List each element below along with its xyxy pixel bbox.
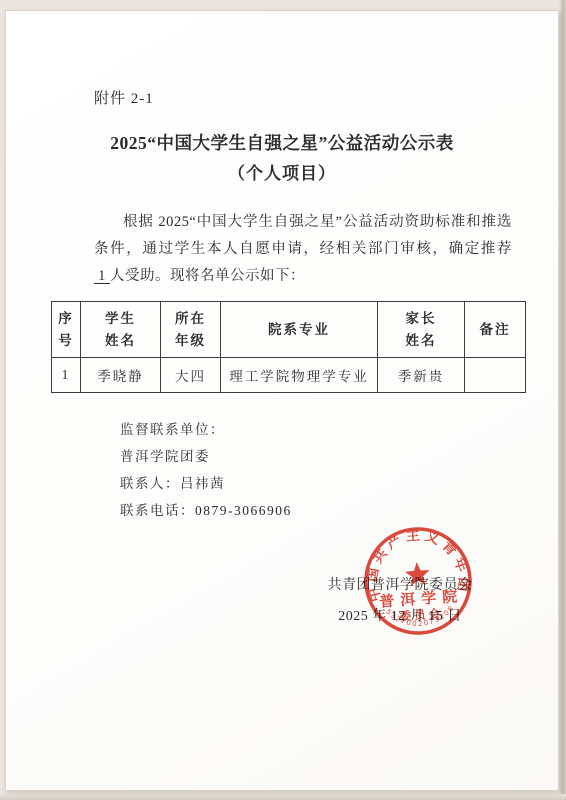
cell-grade: 大四 bbox=[161, 358, 221, 393]
table-header-row: 序 号 学生 姓名 所在 年级 院系专业 家长 姓名 备注 bbox=[52, 302, 526, 358]
scan-edge-right bbox=[559, 0, 566, 800]
supervision-unit-name: 普洱学院团委 bbox=[120, 443, 292, 470]
document-subtitle: （个人项目） bbox=[6, 159, 558, 184]
document-page: 附件 2-1 2025“中国大学生自强之星”公益活动公示表 （个人项目） 根据 … bbox=[5, 10, 559, 791]
signature-block: 共青团普洱学院委员会 2025 年 12 月 15 日 bbox=[326, 570, 474, 632]
paragraph-text-end: 人受助。现将名单公示如下： bbox=[110, 268, 305, 284]
cell-remarks bbox=[465, 358, 526, 393]
scan-edge-bottom bbox=[0, 794, 566, 800]
paragraph-text-start: 根据 2025“中国大学生自强之星”公益活动资助标准和推选条件，通过学生本人自愿… bbox=[94, 214, 512, 257]
supervision-unit-label: 监督联系单位： bbox=[120, 416, 292, 443]
issue-date: 2025 年 12 月 15 日 bbox=[326, 601, 474, 632]
cell-major: 理工学院物理学专业 bbox=[221, 358, 378, 393]
cell-index: 1 bbox=[52, 358, 81, 393]
recipients-table: 序 号 学生 姓名 所在 年级 院系专业 家长 姓名 备注 1 季晓静 大四 理… bbox=[51, 301, 526, 393]
table-row: 1 季晓静 大四 理工学院物理学专业 季新贵 bbox=[52, 358, 526, 393]
col-header-index: 序 号 bbox=[52, 302, 81, 358]
contact-phone: 联系电话：0879-3066906 bbox=[120, 497, 292, 524]
contact-block: 监督联系单位： 普洱学院团委 联系人：吕祎茜 联系电话：0879-3066906 bbox=[120, 416, 292, 524]
intro-paragraph: 根据 2025“中国大学生自强之星”公益活动资助标准和推选条件，通过学生本人自愿… bbox=[94, 209, 512, 290]
col-header-parent: 家长 姓名 bbox=[378, 302, 465, 358]
attachment-label: 附件 2-1 bbox=[94, 87, 154, 108]
col-header-student: 学生 姓名 bbox=[81, 302, 161, 358]
contact-person: 联系人：吕祎茜 bbox=[120, 470, 292, 497]
cell-parent-name: 季新贵 bbox=[378, 358, 465, 393]
col-header-remarks: 备注 bbox=[465, 302, 526, 358]
col-header-major: 院系专业 bbox=[221, 302, 378, 358]
cell-student-name: 季晓静 bbox=[81, 358, 161, 393]
col-header-grade: 所在 年级 bbox=[161, 302, 221, 358]
document-title: 2025“中国大学生自强之星”公益活动公示表 bbox=[6, 130, 558, 155]
recommended-count-underlined: 1 bbox=[94, 268, 110, 284]
issuing-committee: 共青团普洱学院委员会 bbox=[326, 570, 474, 601]
